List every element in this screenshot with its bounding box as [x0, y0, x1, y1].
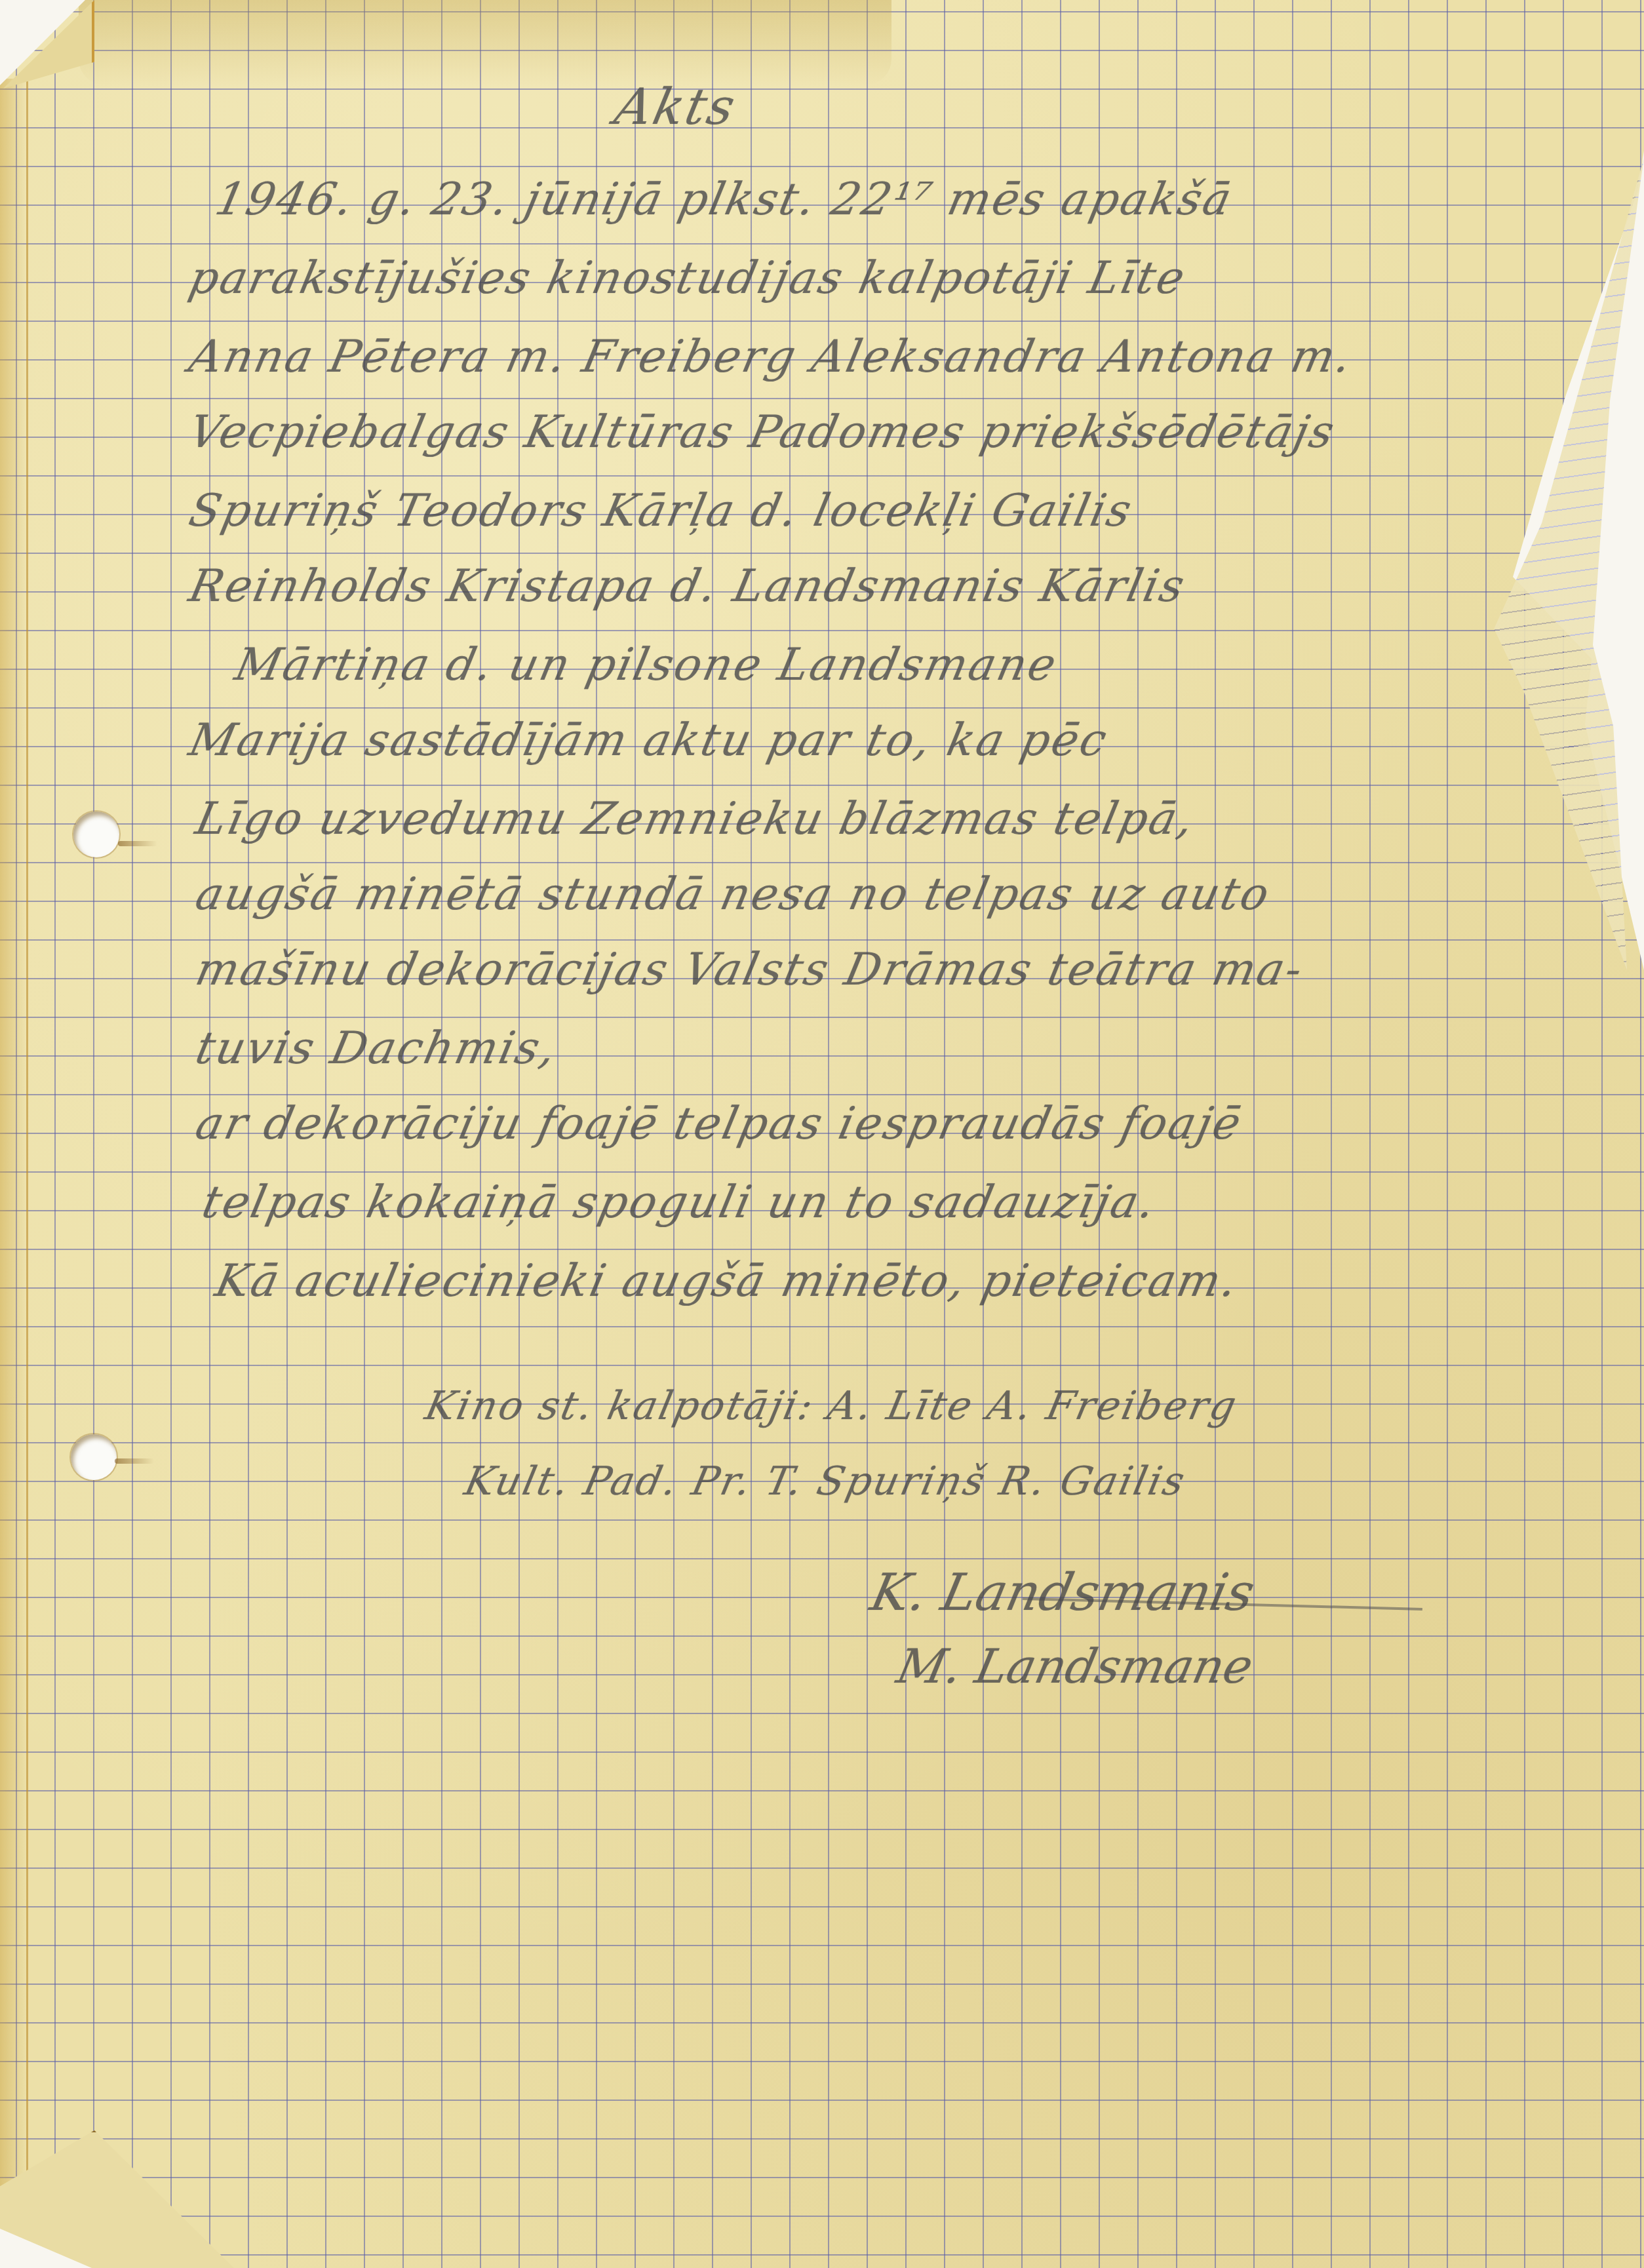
body-line: Reinholds Kristapa d. Landsmanis Kārlis	[185, 560, 1191, 612]
punch-tear	[118, 841, 157, 846]
body-line: Kā aculiecinieki augšā minēto, pieteicam…	[211, 1255, 1243, 1307]
body-line: Vecpiebalgas Kultūras Padomes priekšsēdē…	[185, 406, 1341, 458]
body-line: parakstījušies kinostudijas kalpotāji Lī…	[185, 252, 1191, 304]
body-line: ar dekorāciju foajē telpas iespraudās fo…	[191, 1098, 1247, 1150]
document-title: Akts	[610, 77, 742, 136]
body-line: Līgo uzvedumu Zemnieku blāzmas telpā,	[191, 793, 1200, 845]
body-line: mašīnu dekorācijas Valsts Drāmas teātra …	[191, 944, 1309, 996]
water-stain	[79, 0, 891, 85]
punch-hole	[73, 811, 119, 857]
signature: M. Landsmane	[892, 1639, 1258, 1694]
signatory-line: Kult. Pad. Pr. T. Spuriņš R. Gailis	[461, 1458, 1190, 1504]
punch-hole	[71, 1434, 117, 1480]
body-line: 1946. g. 23. jūnijā plkst. 22¹⁷ mēs apak…	[211, 174, 1238, 225]
signature: K. Landsmanis	[865, 1563, 1259, 1622]
body-line: Anna Pētera m. Freiberg Aleksandra Anton…	[185, 331, 1358, 383]
body-line: tuvis Dachmis,	[191, 1023, 562, 1074]
body-line: augšā minētā stundā nesa no telpas uz au…	[191, 869, 1276, 920]
punch-tear	[115, 1458, 154, 1464]
body-line: Marija sastādījām aktu par to, ka pēc	[185, 714, 1113, 766]
body-line: Spuriņš Teodors Kārļa d. locekļi Gailis	[185, 485, 1138, 537]
torn-left-edge	[0, 79, 28, 2202]
body-line: Mārtiņa d. un pilsone Landsmane	[231, 639, 1063, 691]
signatory-line: Kino st. kalpotāji: A. Līte A. Freiberg	[421, 1383, 1242, 1429]
body-line: telpas kokaiņā spoguli un to sadauzīja.	[198, 1177, 1162, 1228]
